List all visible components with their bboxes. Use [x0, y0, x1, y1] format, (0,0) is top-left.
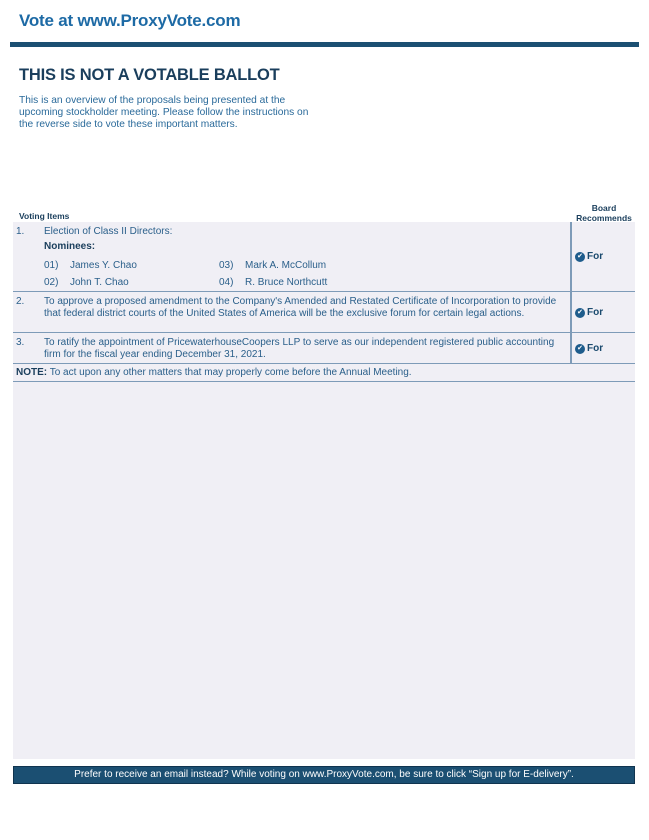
- check-circle-icon: ✔: [575, 252, 585, 262]
- board-recommendation-cell: ✔ For: [570, 222, 635, 291]
- recommendation-for: ✔ For: [575, 251, 603, 262]
- recommendation-for: ✔ For: [575, 307, 603, 318]
- voting-items-header: Voting Items: [19, 211, 69, 221]
- proposal-number: 3.: [16, 337, 24, 348]
- check-circle-icon: ✔: [575, 344, 585, 354]
- intro-text: This is an overview of the proposals bei…: [19, 95, 319, 131]
- page-title: THIS IS NOT A VOTABLE BALLOT: [19, 66, 280, 85]
- nominee: 04)R. Bruce Northcutt: [219, 277, 327, 288]
- board-recommendation-cell: ✔ For: [570, 333, 635, 363]
- proposal-text: To ratify the appointment of Pricewaterh…: [44, 337, 564, 360]
- board-recommends-header: Board Recommends: [570, 203, 638, 223]
- nominee: 02)John T. Chao: [44, 277, 129, 288]
- proxyvote-link[interactable]: Vote at www.ProxyVote.com: [19, 11, 240, 31]
- recommendation-for: ✔ For: [575, 343, 603, 354]
- nominees-label: Nominees:: [44, 241, 95, 252]
- board-recommendation-cell: ✔ For: [570, 292, 635, 332]
- nominee: 01)James Y. Chao: [44, 260, 137, 271]
- proposal-number: 1.: [16, 226, 24, 237]
- header-divider: [10, 42, 639, 47]
- proposal-text: To approve a proposed amendment to the C…: [44, 296, 564, 319]
- e-delivery-banner: Prefer to receive an email instead? Whil…: [13, 766, 635, 784]
- proposal-row-3: 3. To ratify the appointment of Pricewat…: [13, 333, 635, 364]
- note-text: NOTE: To act upon any other matters that…: [16, 367, 412, 378]
- proposal-row-2: 2. To approve a proposed amendment to th…: [13, 292, 635, 333]
- proposal-number: 2.: [16, 296, 24, 307]
- check-circle-icon: ✔: [575, 308, 585, 318]
- proposal-row-1: 1. Election of Class II Directors: Nomin…: [13, 222, 635, 292]
- proposal-text: Election of Class II Directors:: [44, 226, 564, 238]
- note-row: NOTE: To act upon any other matters that…: [13, 364, 635, 382]
- nominee: 03)Mark A. McCollum: [219, 260, 326, 271]
